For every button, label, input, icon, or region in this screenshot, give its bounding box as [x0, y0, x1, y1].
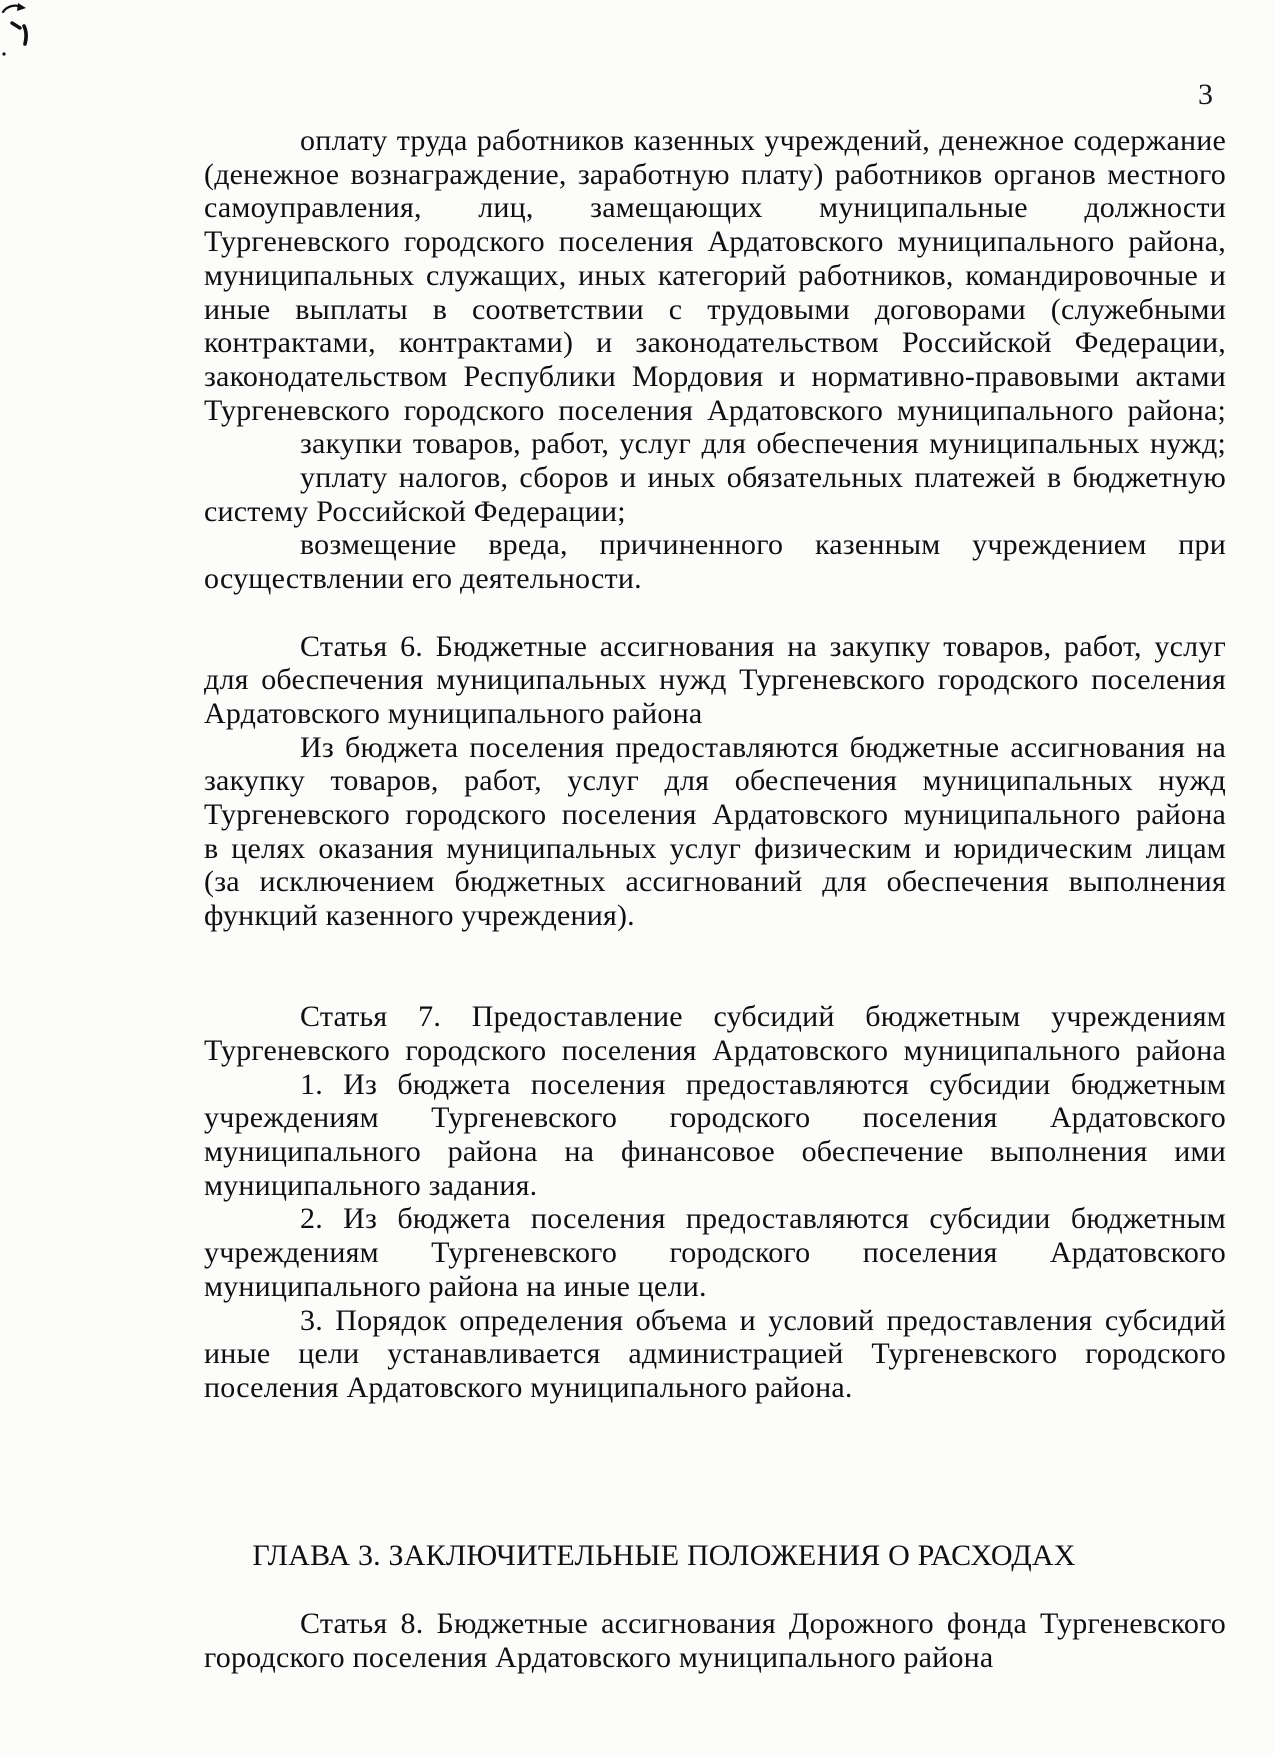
text-line: 2. Из бюджета поселения предоставляются …: [204, 1202, 1226, 1236]
text-line: (денежное вознаграждение, заработную пла…: [204, 158, 1226, 192]
document-page: 3 оплату труда работников казенных учреж…: [0, 0, 1275, 1755]
text-line: закупку товаров, работ, услуг для обеспе…: [204, 764, 1226, 798]
text-line: самоуправления, лиц, замещающих муниципа…: [204, 191, 1226, 225]
text-line: муниципальных служащих, иных категорий р…: [204, 259, 1226, 293]
text-line: возмещение вреда, причиненного казенным …: [204, 528, 1226, 562]
text-line: Тургеневского городского поселения Ардат…: [204, 225, 1226, 259]
text-line: учреждениям Тургеневского городского пос…: [204, 1101, 1226, 1135]
text-line: муниципального района на иные цели.: [204, 1270, 1226, 1304]
text-line: систему Российской Федерации;: [204, 495, 1226, 529]
text-line: ГЛАВА 3. ЗАКЛЮЧИТЕЛЬНЫЕ ПОЛОЖЕНИЯ О РАСХ…: [204, 1539, 1226, 1573]
text-line: функций казенного учреждения).: [204, 899, 1226, 933]
text-line: учреждениям Тургеневского городского пос…: [204, 1236, 1226, 1270]
text-line: Ардатовского муниципального района: [204, 697, 1226, 731]
text-line: Статья 8. Бюджетные ассигнования Дорожно…: [204, 1607, 1226, 1641]
text-line: муниципального района на финансовое обес…: [204, 1135, 1226, 1169]
text-line: закупки товаров, работ, услуг для обеспе…: [204, 427, 1226, 461]
text-line: муниципального задания.: [204, 1169, 1226, 1203]
text-line: поселения Ардатовского муниципального ра…: [204, 1371, 1226, 1405]
text-line: Тургеневского городского поселения Ардат…: [204, 394, 1226, 428]
text-line: контрактами, контрактами) и законодатель…: [204, 326, 1226, 360]
text-line: оплату труда работников казенных учрежде…: [204, 124, 1226, 158]
text-line: иные выплаты в соответствии с трудовыми …: [204, 293, 1226, 327]
text-line: в целях оказания муниципальных услуг физ…: [204, 832, 1226, 866]
document-text: оплату труда работников казенных учрежде…: [204, 0, 1226, 1755]
text-line: 3. Порядок определения объема и условий …: [204, 1304, 1226, 1338]
text-line: уплату налогов, сборов и иных обязательн…: [204, 461, 1226, 495]
text-line: для обеспечения муниципальных нужд Турге…: [204, 663, 1226, 697]
text-line: Статья 6. Бюджетные ассигнования на заку…: [204, 630, 1226, 664]
text-line: Тургеневского городского поселения Ардат…: [204, 1034, 1226, 1068]
text-line: Тургеневского городского поселения Ардат…: [204, 798, 1226, 832]
text-line: городского поселения Ардатовского муници…: [204, 1641, 1226, 1675]
text-line: Из бюджета поселения предоставляются бюд…: [204, 731, 1226, 765]
text-line: (за исключением бюджетных ассигнований д…: [204, 865, 1226, 899]
text-line: законодательством Республики Мордовия и …: [204, 360, 1226, 394]
text-line: 1. Из бюджета поселения предоставляются …: [204, 1068, 1226, 1102]
text-line: осуществлении его деятельности.: [204, 562, 1226, 596]
text-line: Статья 7. Предоставление субсидий бюджет…: [204, 1000, 1226, 1034]
text-line: иные цели устанавливается администрацией…: [204, 1337, 1226, 1371]
pen-mark-icon: [0, 0, 40, 62]
